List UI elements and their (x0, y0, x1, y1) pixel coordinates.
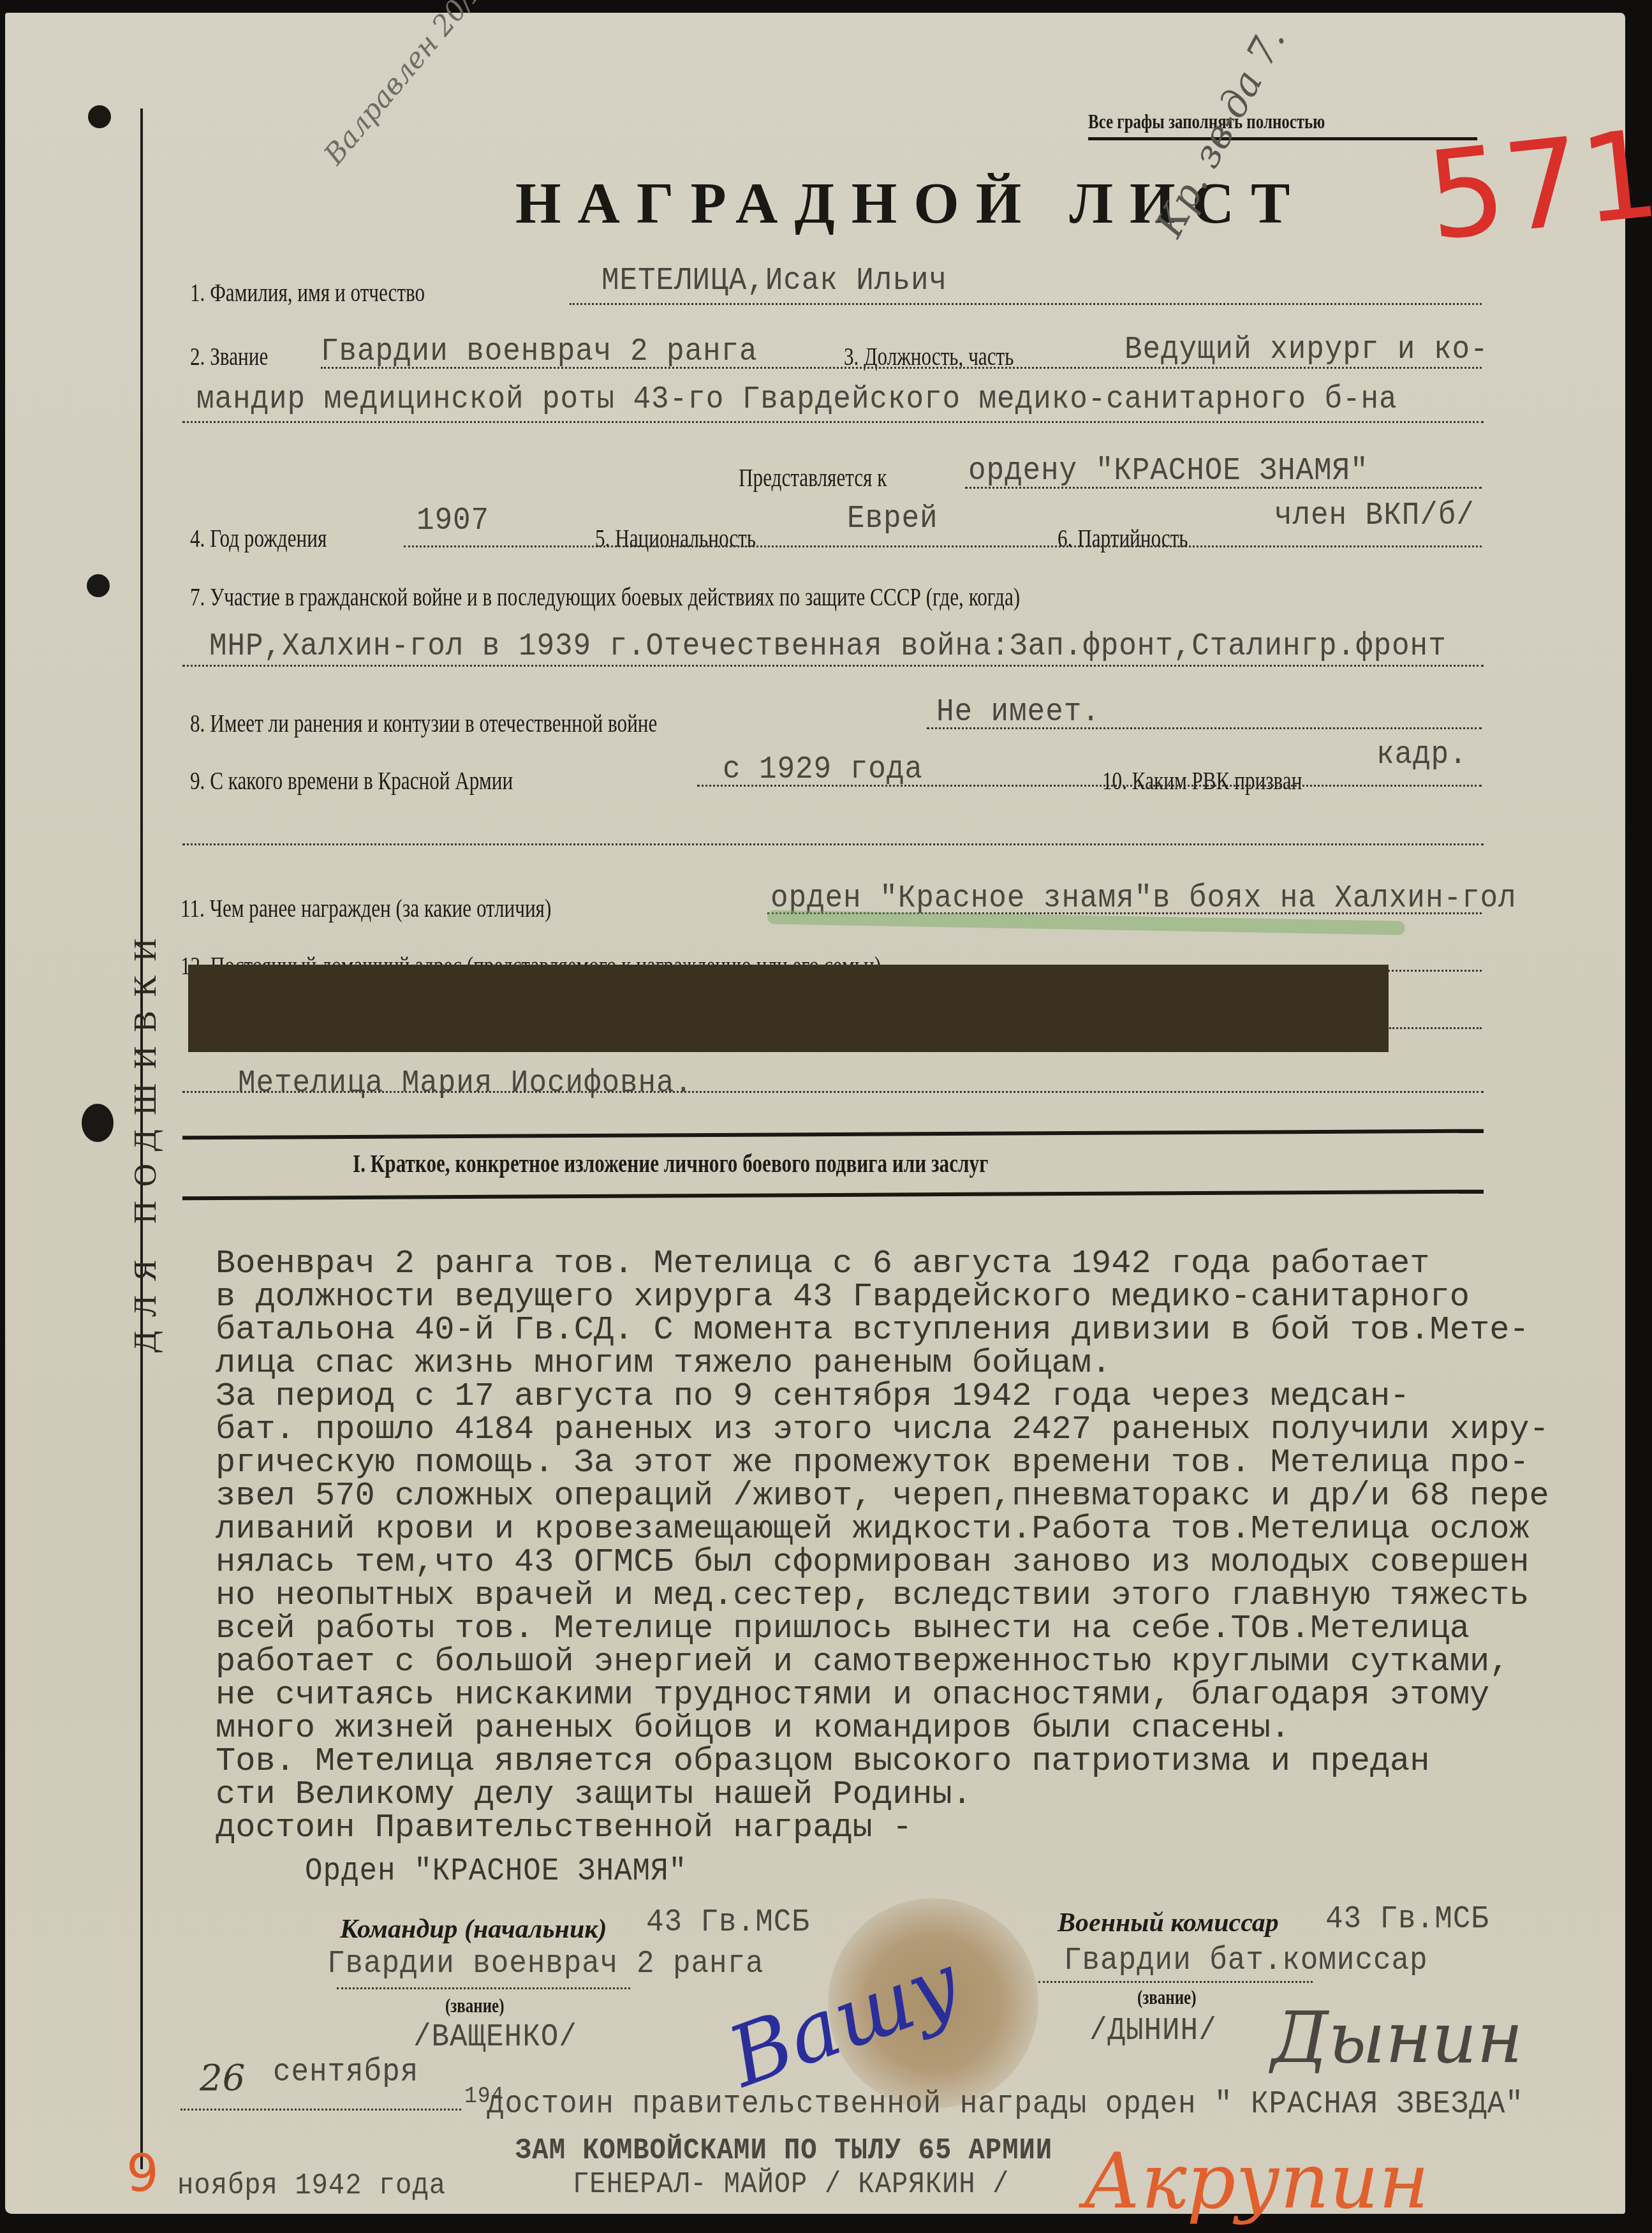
field-7-value: МНР,Халхин-гол в 1939 г.Отечественная во… (209, 628, 1447, 665)
commander-name: /ВАЩЕНКО/ (413, 2019, 577, 2056)
field-1-label: 1. Фамилия, имя и отчество (190, 278, 425, 308)
section-heading-underline (182, 1190, 1484, 1201)
handwritten-red-number: 571 (1420, 103, 1652, 268)
field-10-value: кадр. (1376, 737, 1468, 773)
instruction-underline (1088, 137, 1477, 140)
field-4-label: 4. Год рождения (190, 523, 327, 553)
redacted-address (188, 965, 1389, 1052)
section-1-heading: I. Краткое, конкретное изложение личного… (353, 1148, 988, 1178)
field-4-6-line (404, 545, 1482, 547)
award-sheet-paper: ДЛЯ ПОДШИВКИ Все графы заполнять полност… (5, 13, 1625, 2214)
commander-rank-caption: (звание) (445, 1994, 504, 2017)
binding-margin-label: ДЛЯ ПОДШИВКИ (126, 924, 163, 1353)
merit-line: За период с 17 августа по 9 сентября 194… (216, 1380, 1549, 1413)
field-11-label: 11. Чем ранее награжден (за какие отличи… (181, 893, 551, 923)
field-5-label: 5. Национальность (595, 523, 756, 553)
section-divider (182, 1129, 1484, 1140)
field-10-label: 10. Каким РВК призван (1102, 766, 1302, 796)
commissar-name: /ДЫНИН/ (1089, 2013, 1217, 2049)
commissar-rank-caption: (звание) (1137, 1985, 1196, 2009)
deputy-signature: Акрупин (1083, 2137, 1429, 2226)
merit-line: не считаясь нискакими трудностями и опас… (216, 1679, 1549, 1712)
final-date-month-year: ноября 1942 года (177, 2169, 446, 2202)
commander-unit: 43 Гв.МСБ (646, 1904, 810, 1941)
commander-rank-line (337, 1987, 630, 1989)
merit-line: работает с большой энергией и самотверже… (216, 1645, 1549, 1679)
recommended-award: Орден "КРАСНОЕ ЗНАМЯ" (305, 1853, 687, 1890)
field-8-label: 8. Имеет ли ранения и контузии в отечест… (190, 708, 657, 738)
presented-value: ордену "КРАСНОЕ ЗНАМЯ" (968, 453, 1369, 489)
field-3-value-line2: мандир медицинской роты 43-го Гвардейско… (196, 382, 1398, 418)
field-2-label: 2. Звание (190, 341, 268, 371)
merit-line: много жизней раненых бойцов и командиров… (216, 1712, 1549, 1745)
field-12-family-name: Метелица Мария Иосифовна. (238, 1065, 693, 1102)
merit-line: ливаний крови и кровезамещающей жидкости… (216, 1513, 1549, 1546)
merit-line: всей работы тов. Метелице пришлось вынес… (216, 1612, 1549, 1645)
merit-line: нялась тем,что 43 ОГМСБ был сформирован … (216, 1546, 1549, 1579)
merit-line: батальона 40-й Гв.СД. С момента вступлен… (216, 1314, 1549, 1347)
resolution-text: достоин правительственной награды орден … (487, 2086, 1524, 2123)
field-8-value: Не имеет. (936, 694, 1100, 731)
merit-line: но неопытных врачей и мед.сестер, вследс… (216, 1579, 1549, 1612)
merit-line: в должности ведущего хирурга 43 Гвардейс… (216, 1280, 1549, 1314)
commissar-rank: Гвардии бат.комиссар (1064, 1943, 1428, 1979)
field-2-value: Гвардии военврач 2 ранга (321, 334, 758, 370)
date-month: сентября (273, 2054, 418, 2091)
field-6-value: член ВКП/б/ (1274, 498, 1475, 534)
field-7-label: 7. Участие в гражданской войне и в после… (190, 582, 1020, 612)
merit-line: лица спас жизнь многим тяжело раненым бо… (216, 1347, 1549, 1380)
commissar-rank-line (1038, 1981, 1313, 1983)
date-day: 26 (200, 2058, 245, 2099)
punch-hole (87, 574, 110, 597)
field-6-label: 6. Партийность (1058, 523, 1188, 553)
field-12-line2 (1389, 1027, 1482, 1029)
field-9-extra-line (182, 843, 1484, 845)
punch-hole (82, 1104, 114, 1142)
merit-line: сти Великому делу защиты нашей Родины. (216, 1778, 1549, 1811)
merit-line: ргическую помощь. За этот же промежуток … (216, 1446, 1549, 1480)
presented-label: Представляется к (739, 463, 887, 493)
field-9-value: с 1929 года (723, 752, 923, 788)
merit-description: Военврач 2 ранга тов. Метелица с 6 авгус… (216, 1247, 1549, 1844)
field-1-line (570, 303, 1482, 305)
deputy-rank-name: ГЕНЕРАЛ- МАЙОР / КАРЯКИН / (573, 2168, 1009, 2201)
field-4-value: 1907 (417, 503, 489, 539)
commander-label: Командир (начальник) (340, 1914, 607, 1945)
commissar-signature: Дынин (1271, 1997, 1523, 2079)
commissar-label: Военный комиссар (1058, 1908, 1279, 1938)
field-3-line2 (182, 421, 1484, 423)
merit-line: достоин Правительственной награды - (216, 1811, 1549, 1844)
punch-hole (88, 105, 111, 128)
field-7-line (182, 665, 1484, 667)
field-9-label: 9. С какого времени в Красной Армии (190, 766, 513, 796)
merit-line: Тов. Метелица является образцом высокого… (216, 1745, 1549, 1778)
commander-rank: Гвардии военврач 2 ранга (327, 1946, 764, 1982)
merit-line: бат. прошло 4184 раненых из этого числа … (216, 1413, 1549, 1446)
merit-line: звел 570 сложных операций /живот, череп,… (216, 1480, 1549, 1513)
field-1-value: МЕТЕЛИЦА,Исак Ильич (601, 263, 947, 299)
field-9-10-line (697, 785, 1482, 787)
field-5-value: Еврей (847, 501, 938, 537)
handwritten-note-top: Валравлен 20/XI (318, 0, 499, 171)
field-12-line3 (182, 1091, 1484, 1093)
field-3-value: Ведущий хирург и ко- (1125, 332, 1489, 368)
merit-line: Военврач 2 ранга тов. Метелица с 6 авгус… (216, 1247, 1549, 1280)
final-date-day: 9 (126, 2144, 159, 2203)
deputy-title: ЗАМ КОМВОЙСКАМИ ПО ТЫЛУ 65 АРМИИ (515, 2134, 1052, 2167)
date-line (181, 2109, 461, 2111)
commissar-unit: 43 Гв.МСБ (1325, 1901, 1489, 1938)
